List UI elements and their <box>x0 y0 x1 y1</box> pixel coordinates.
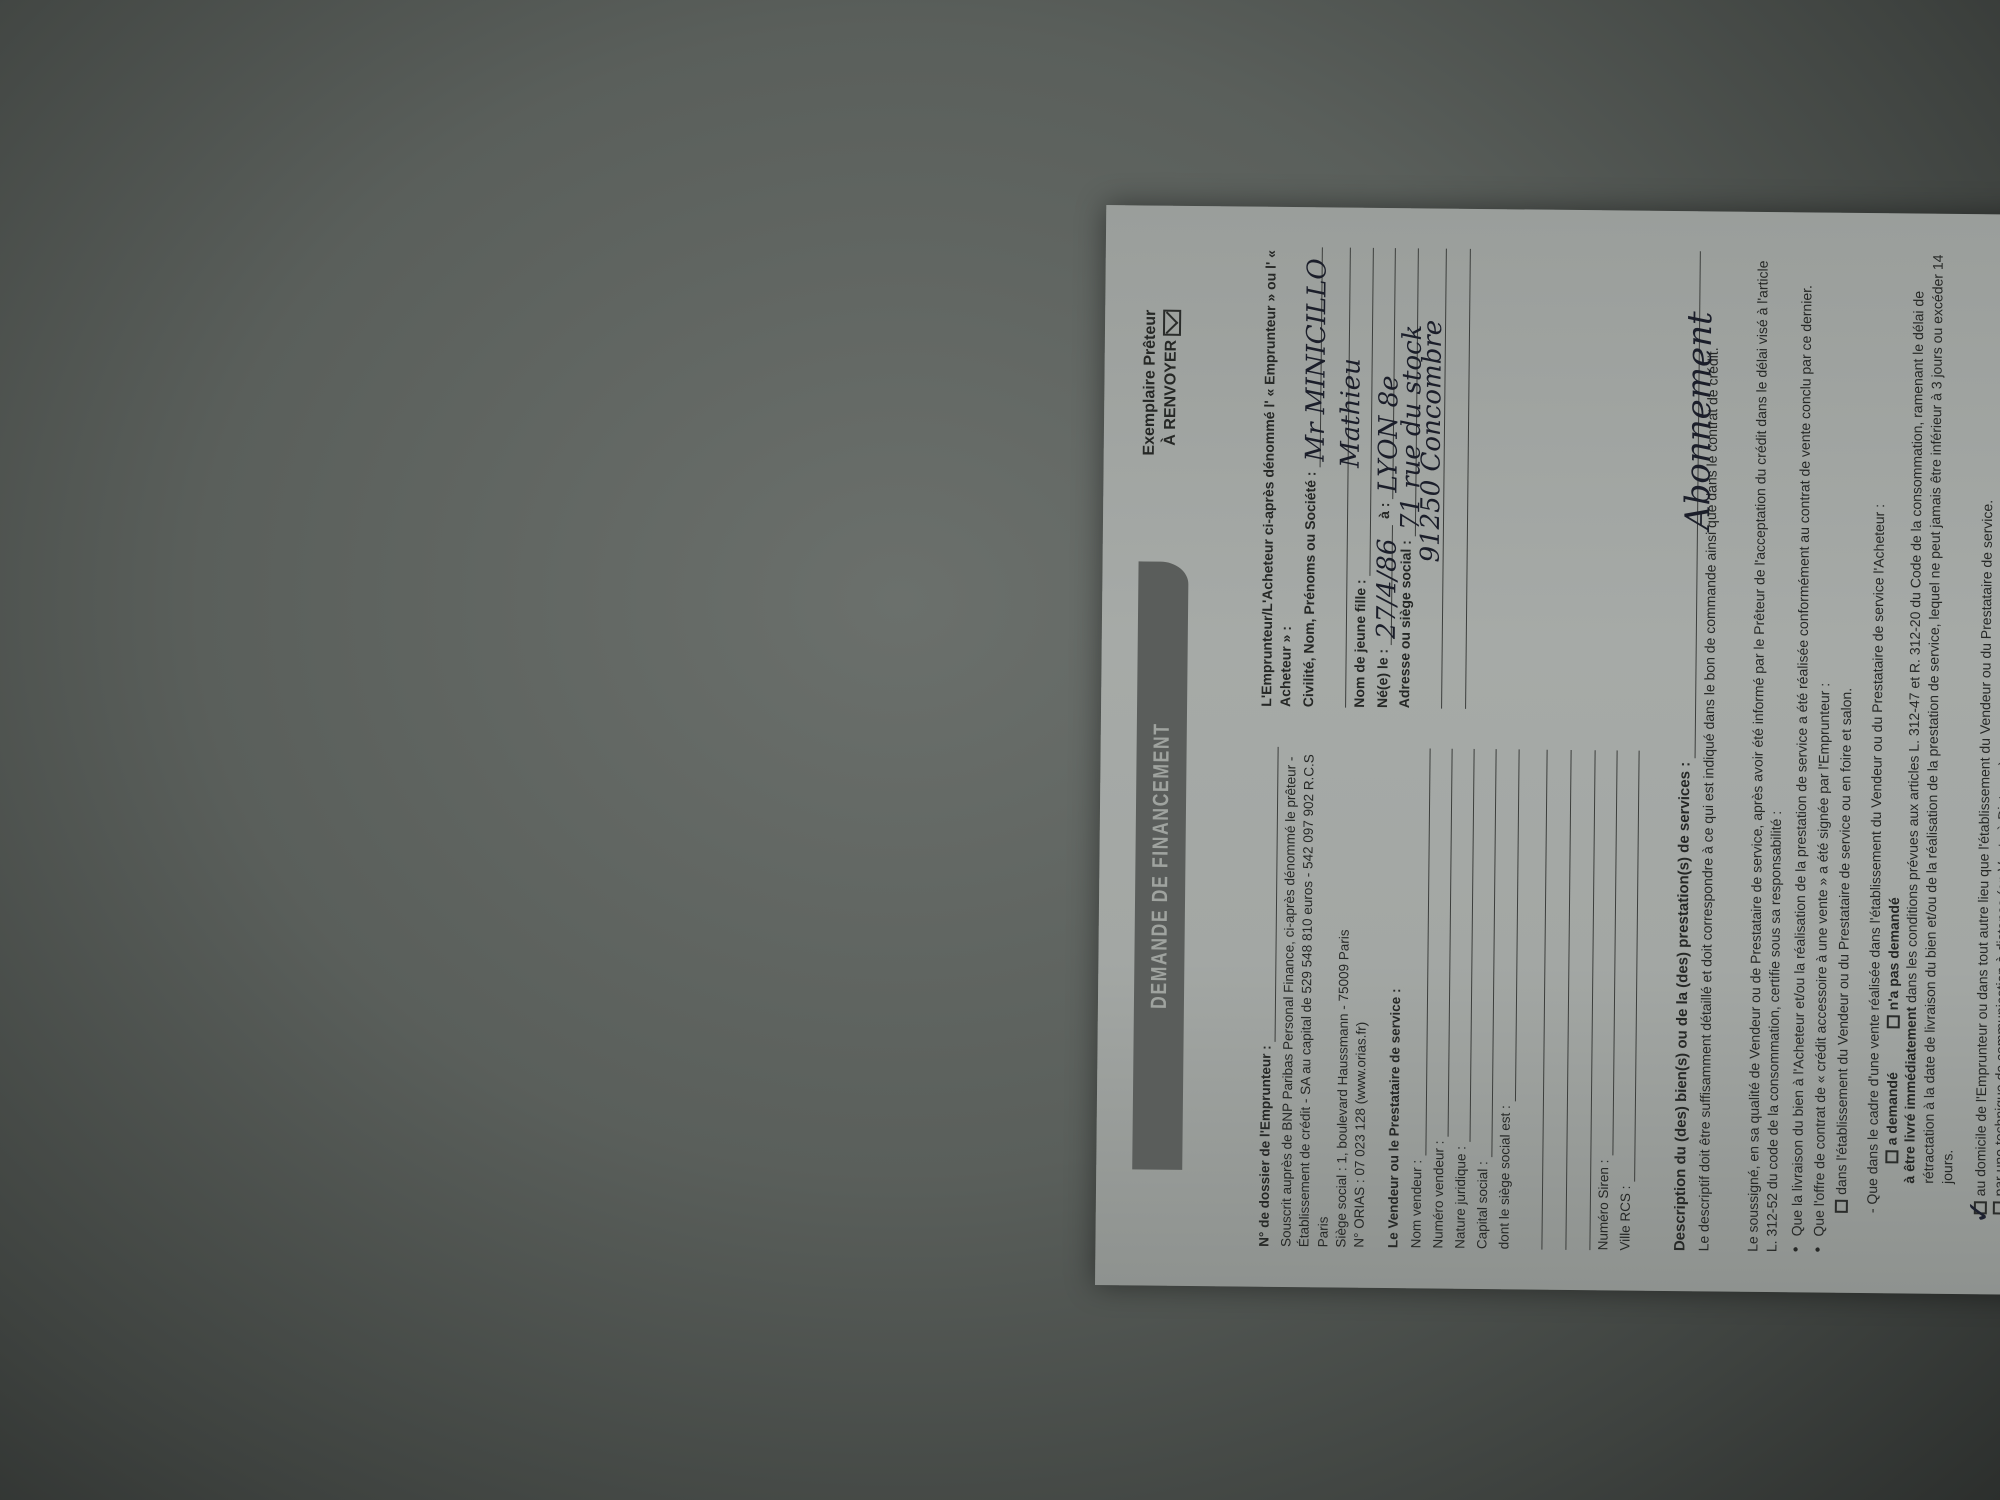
birth-place-label: à : <box>1375 502 1394 519</box>
birth-date-value: 27/4/86 <box>1372 539 1403 640</box>
certification-intro: Le soussigné, en sa qualité de Vendeur o… <box>1744 252 1792 1252</box>
borrower-section: L'Emprunteur/L'Acheteur ci-après dénommé… <box>1257 247 1649 711</box>
lender-line: Établissement de crédit - SA au capital … <box>1296 747 1338 1247</box>
dossier-number-label: N° de dossier de l'Emprunteur : <box>1255 1045 1275 1247</box>
borrower-heading: L'Emprunteur/L'Acheteur ci-après dénommé… <box>1257 247 1300 707</box>
borrower-name-label: Civilité, Nom, Prénoms ou Société : <box>1299 471 1320 707</box>
option-not-asked[interactable]: n'a pas demandé <box>1884 897 1901 1028</box>
maiden-name-field[interactable]: Nom de jeune fille : <box>1350 248 1374 708</box>
vendor-field-label: dont le siège social est : <box>1496 1105 1516 1249</box>
copy-label-line1: Exemplaire Prêteur <box>1140 310 1162 456</box>
birth-field[interactable]: Né(e) le : 27/4/86 à : LYON 8e <box>1373 248 1397 708</box>
top-columns: N° de dossier de l'Emprunteur : Souscrit… <box>1251 247 1649 1251</box>
distance-checkbox[interactable] <box>1993 1201 2000 1214</box>
copy-label-line2: À RENVOYER <box>1162 340 1180 446</box>
financing-request-form: DEMANDE DE FINANCEMENT Exemplaire Prêteu… <box>1095 205 2000 1301</box>
option-not-asked-label: n'a pas demandé <box>1884 897 1901 1010</box>
option-asked-label: a demandé <box>1883 1072 1900 1145</box>
vendor-field-label: Capital social : <box>1474 1161 1493 1249</box>
option-establishment-label: dans l'établissement du Vendeur ou du Pr… <box>1833 688 1854 1195</box>
birth-date-label: Né(e) le : <box>1373 649 1393 708</box>
address-line2-value: 91250 Concombre <box>1416 320 1449 563</box>
option-asked[interactable]: a demandé <box>1883 1072 1900 1163</box>
immediate-delivery-bold: à être livré immédiatement <box>1902 1007 1920 1184</box>
borrower-name-field[interactable]: Civilité, Nom, Prénoms ou Société : Mr M… <box>1299 247 1323 707</box>
vendor-number-field[interactable]: Numéro vendeur : <box>1429 749 1452 1249</box>
copy-label: Exemplaire Prêteur À RENVOYER <box>1140 310 1183 456</box>
vendor-field-label: Nature juridique : <box>1451 1146 1470 1249</box>
siren-label: Numéro Siren : <box>1594 1159 1613 1250</box>
vendor-field-label: Numéro vendeur : <box>1429 1140 1448 1248</box>
siren-field[interactable]: Numéro Siren : <box>1594 750 1617 1250</box>
immediate-delivery-text: à être livré immédiatement dans les cond… <box>1900 253 1967 1254</box>
vendor-address-line[interactable] <box>1566 750 1595 1250</box>
form-header: DEMANDE DE FINANCEMENT Exemplaire Prêteu… <box>1131 245 1251 1246</box>
vendor-capital-field[interactable]: Capital social : <box>1474 749 1497 1249</box>
left-column: N° de dossier de l'Emprunteur : Souscrit… <box>1251 747 1643 1251</box>
maiden-name-label: Nom de jeune fille : <box>1350 579 1370 708</box>
form-title: DEMANDE DE FINANCEMENT <box>1132 561 1188 1169</box>
establishment-checkbox[interactable] <box>1835 1200 1848 1213</box>
lender-info: Souscrit auprès de BNP Paribas Personal … <box>1278 747 1374 1248</box>
not-asked-checkbox[interactable] <box>1886 1015 1899 1028</box>
rcs-label: Ville RCS : <box>1616 1185 1635 1250</box>
address-line3[interactable] <box>1442 249 1471 709</box>
description-label: Description du (des) bien(s) ou de la (d… <box>1670 762 1695 1251</box>
vendor-field-label: Nom vendeur : <box>1407 1160 1426 1249</box>
vendor-name-field[interactable]: Nom vendeur : <box>1407 748 1430 1248</box>
vendor-address-field[interactable]: dont le siège social est : <box>1496 749 1519 1249</box>
envelope-icon <box>1163 310 1181 336</box>
description-value: Abonnement <box>1678 311 1720 530</box>
asked-checkbox[interactable] <box>1885 1150 1898 1163</box>
vendor-heading: Le Vendeur ou le Prestataire de service … <box>1385 748 1408 1248</box>
vendor-legal-form-field[interactable]: Nature juridique : <box>1451 749 1474 1249</box>
dossier-number-field[interactable]: N° de dossier de l'Emprunteur : <box>1255 747 1278 1247</box>
home-checkbox[interactable] <box>1974 1201 1987 1214</box>
rcs-field[interactable]: Ville RCS : <box>1616 750 1639 1250</box>
